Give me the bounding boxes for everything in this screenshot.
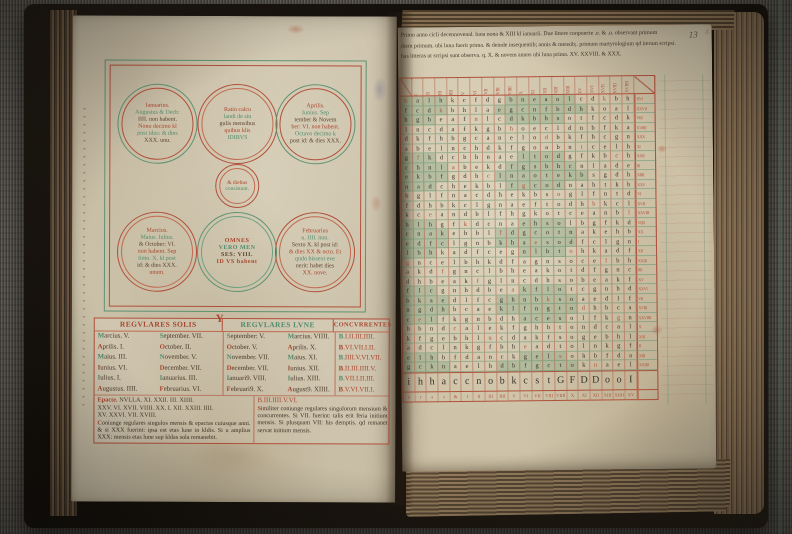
grid-letter-cell: e [623, 161, 635, 171]
rotated-numeral: III [435, 91, 446, 95]
grid-letter-cell: a [601, 275, 613, 285]
grid-letter-cell: d [462, 352, 474, 362]
foot-label [637, 370, 658, 388]
grid-letter-cell: d [623, 189, 635, 199]
grid-letter-cell: g [613, 313, 625, 323]
grid-letter-cell: d [565, 199, 577, 209]
cell-text: .VI.VII.I.II. [343, 344, 375, 351]
year-col-header: XVIII [611, 76, 623, 93]
corner-cell [400, 79, 412, 96]
grid-letter-cell: l [473, 333, 485, 343]
grid-letter-cell: k [517, 114, 529, 124]
table-cell: Maius. XI. [285, 353, 335, 364]
section-mark: Y [216, 313, 224, 325]
grid-letter-cell: d [541, 133, 553, 143]
grid-letter-cell: k [564, 133, 576, 143]
grid-letter-cell: a [483, 134, 495, 144]
grid-letter-cell: g [589, 218, 601, 228]
grid-letter-cell: b [485, 314, 497, 324]
grid-letter-cell: b [460, 162, 472, 172]
grid-letter-cell: b [496, 343, 508, 353]
row-label: XVIIII [634, 122, 655, 132]
rotated-numeral: IIII [447, 90, 458, 95]
row-label: XVII [635, 198, 656, 208]
ink-stain [373, 76, 387, 102]
grid-letter-cell: n [600, 189, 612, 199]
grid-letter-cell: e [519, 266, 531, 276]
grid-letter-cell: e [529, 95, 541, 105]
grid-letter-cell: k [483, 162, 495, 172]
table-cell: Iulius. XIII. [285, 374, 335, 385]
grid-letter-cell: f [425, 239, 437, 249]
grid-letter-cell: f [531, 285, 543, 295]
grid-letter-cell: b [449, 305, 461, 315]
cell-text: ovember. VII. [232, 354, 270, 361]
grid-letter-cell: s [588, 171, 600, 181]
grid-letter-cell: d [473, 286, 485, 296]
grid-letter-cell: o [554, 285, 566, 295]
grid-letter-cell: g [449, 267, 461, 277]
grid-letter-cell: n [590, 361, 602, 371]
grid-letter-cell: d [415, 343, 427, 353]
grid-letter-cell: g [460, 238, 472, 248]
grid-letter-cell: o [541, 152, 553, 162]
year-col-header: XVI [587, 77, 599, 94]
margin-rule-line [664, 75, 668, 405]
grid-letter-cell: f [459, 124, 471, 134]
rubric-line: has litteras ut scripsi sunt observa. q.… [401, 48, 701, 62]
grid-letter-cell: l [449, 258, 461, 268]
table-cell: B.I.II.III.IIII. [335, 332, 389, 343]
grid-letter-cell: h [530, 219, 542, 229]
grid-letter-cell: g [402, 258, 414, 268]
foot-red-cell: t [415, 392, 427, 401]
grid-letter-cell: t [530, 152, 542, 162]
grid-letter-cell: k [587, 104, 599, 114]
grid-letter-cell: k [543, 295, 555, 305]
cell-text: arcius. V. [104, 333, 129, 340]
grid-letter-cell: h [461, 333, 473, 343]
grid-letter-cell: k [484, 257, 496, 267]
grid-letter-cell: o [566, 275, 578, 285]
corner-cell [634, 76, 655, 93]
grid-letter-cell: g [461, 314, 473, 324]
cell-text: anuarius. III. [162, 375, 197, 382]
table-cell: Iunius. XII. [285, 364, 335, 375]
rotated-numeral: XIII [552, 87, 563, 94]
grid-letter-cell: g [518, 143, 530, 153]
foot-letter: D [579, 371, 591, 389]
grid-letter-cell: e [590, 332, 602, 342]
grid-letter-cell: a [413, 182, 425, 192]
grid-letter-cell: b [459, 153, 471, 163]
grid-letter-cell: n [495, 219, 507, 229]
grid-letter-cell: a [402, 267, 414, 277]
foot-letter: o [614, 371, 626, 389]
grid-letter-cell: c [484, 295, 496, 305]
grid-letter-cell: a [518, 171, 530, 181]
grid-letter-cell: h [612, 227, 624, 237]
grid-letter-cell: b [552, 104, 564, 114]
grid-letter-cell: d [601, 294, 613, 304]
table-cell: November. V. [157, 353, 223, 364]
grid-letter-cell: k [424, 153, 436, 163]
grid-letter-cell: g [519, 228, 531, 238]
grid-letter-cell: k [589, 228, 601, 238]
grid-letter-cell: g [565, 152, 577, 162]
grid-letter-cell: l [461, 295, 473, 305]
grid-letter-cell: t [566, 266, 578, 276]
year-col-header: VII [482, 78, 494, 95]
grid-letter-cell: a [494, 153, 506, 163]
year-col-header: XVII [599, 76, 611, 93]
foot-red-cell: XV [626, 390, 638, 399]
grid-letter-cell: n [426, 324, 438, 334]
grid-letter-cell: b [530, 190, 542, 200]
grid-letter-cell: e [518, 200, 530, 210]
grid-letter-cell: l [578, 313, 590, 323]
row-label: VI [635, 189, 656, 199]
grid-letter-cell: c [576, 95, 588, 105]
grid-letter-cell: d [612, 170, 624, 180]
grid-letter-cell: a [403, 343, 415, 353]
grid-letter-cell: k [530, 209, 542, 219]
grid-letter-cell: e [600, 142, 612, 152]
table-cell: October. II. [157, 342, 223, 353]
grid-letter-cell: l [564, 95, 576, 105]
roundel-line: Sexto X. kl post id: [289, 242, 341, 249]
grid-letter-cell: a [625, 351, 637, 361]
grid-letter-cell: l [496, 276, 508, 286]
grid-letter-cell: a [426, 296, 438, 306]
grid-letter-cell: g [532, 361, 544, 371]
grid-letter-cell: k [519, 285, 531, 295]
grid-letter-cell: l [401, 125, 413, 135]
grid-letter-cell: h [613, 284, 625, 294]
grid-letter-cell: h [448, 182, 460, 192]
grid-letter-cell: o [552, 95, 564, 105]
year-col-header: XI [529, 77, 541, 94]
grid-letter-cell: a [519, 257, 531, 267]
grid-letter-cell: b [494, 124, 506, 134]
grid-letter-cell: l [495, 172, 507, 182]
grid-letter-cell: k [414, 267, 426, 277]
grid-letter-cell: d [611, 161, 623, 171]
grid-letter-cell: o [530, 171, 542, 181]
row-label: XXVIII [635, 208, 656, 218]
table-cell: October. V. [223, 342, 285, 353]
margin-rule-line [702, 74, 706, 404]
grid-letter-cell: h [459, 105, 471, 115]
grid-letter-cell: k [412, 134, 424, 144]
grid-letter-cell: d [624, 284, 636, 294]
grid-letter-cell: h [553, 161, 565, 171]
grid-letter-cell: f [589, 266, 601, 276]
grid-letter-cell: c [611, 151, 623, 161]
roundel-line: Iunius. Sep [290, 110, 341, 117]
header-regulares-solis: REGVLARES SOLIS [95, 319, 222, 331]
year-col-header: XIII [552, 77, 564, 94]
grid-letter-cell: n [565, 228, 577, 238]
grid-letter-cell: a [519, 238, 531, 248]
grid-letter-cell: e [532, 352, 544, 362]
grid-letter-cell: t [554, 209, 566, 219]
grid-letter-cell: n [471, 115, 483, 125]
grid-letter-cell: h [623, 170, 635, 180]
regulares-table: REGVLARES SOLIS Y REGVLARES LVNE CONCVRR… [93, 318, 389, 445]
cell-text: .II.III.IIII.V. [343, 365, 376, 372]
grid-letter-cell: e [485, 324, 497, 334]
grid-letter-cell: c [601, 322, 613, 332]
foot-letter: k [508, 372, 520, 390]
grid-letter-cell: g [412, 115, 424, 125]
grid-letter-cell: e [506, 133, 518, 143]
grid-letter-cell: k [612, 180, 624, 190]
grid-letter-cell: o [566, 294, 578, 304]
grid-letter-cell: f [472, 248, 484, 258]
grid-letter-cell: l [484, 267, 496, 277]
grid-letter-cell: f [576, 133, 588, 143]
rotated-numeral: VIIII [505, 86, 516, 94]
grid-letter-cell: f [590, 313, 602, 323]
grid-letter-cell: n [623, 132, 635, 142]
grid-letter-cell: e [553, 171, 565, 181]
year-col-header: IIII [447, 78, 459, 95]
grid-letter-cell: c [541, 124, 553, 134]
row-label: II [637, 341, 658, 351]
table-cell: B.II.III.IIII.V. [335, 364, 389, 375]
grid-letter-cell: h [438, 305, 450, 315]
table-cell: Iulius. I. [95, 374, 157, 385]
computus-foot-letters: ihhaccnobkcstGFDDooI [403, 369, 657, 391]
grid-letter-cell: e [460, 181, 472, 191]
roundel-line: XX. nove. [289, 270, 341, 277]
grid-letter-cell: e [438, 296, 450, 306]
grid-letter-cell: d [413, 201, 425, 211]
grid-letter-cell: l [473, 324, 485, 334]
grid-letter-cell: k [414, 296, 426, 306]
cell-text: arcius. VIIII. [294, 333, 329, 340]
grid-letter-cell: o [566, 247, 578, 257]
rotated-numeral: XVI [587, 86, 598, 94]
grid-letter-cell: t [541, 171, 553, 181]
computus-table: IIIIIIIIIIVVIVIIVIIIVIIIIXXIXIIXIIIXIIII… [399, 75, 658, 402]
row-label: XXVI [636, 284, 657, 294]
grid-letter-cell: b [612, 256, 624, 266]
roundel-ratio: Ratio calculandi de singulis mensibusqui… [197, 84, 277, 164]
foot-letter: I [625, 371, 637, 389]
grid-letter-cell: k [437, 229, 449, 239]
grid-letter-cell: n [624, 237, 636, 247]
grid-letter-cell: b [602, 332, 614, 342]
grid-letter-cell: f [495, 210, 507, 220]
grid-letter-cell: h [543, 276, 555, 286]
grid-letter-cell: a [447, 125, 459, 135]
roundel-line: post id: & dies XXX. [290, 138, 341, 145]
rotated-numeral: XI [529, 90, 540, 95]
grid-letter-cell: d [531, 276, 543, 286]
grid-letter-cell: h [507, 266, 519, 276]
grid-letter-cell: t [576, 142, 588, 152]
foot-red-cell: VIIII [555, 390, 567, 399]
year-col-header: VI [470, 78, 482, 95]
header-regulares-lune: REGVLARES LVNE [222, 319, 333, 331]
pricking-holes [82, 105, 85, 405]
grid-letter-cell: g [520, 323, 532, 333]
note-similiter: Similiter coniunge regulares singulorum … [257, 406, 387, 435]
cell-text: prilis. X. [293, 344, 317, 351]
year-col-header: XVIIII [622, 76, 634, 93]
grid-letter-cell: d [425, 182, 437, 192]
grid-letter-cell: g [401, 154, 413, 164]
grid-letter-cell: a [601, 246, 613, 256]
grid-letter-cell: s [554, 256, 566, 266]
grid-letter-cell: c [450, 324, 462, 334]
grid-letter-cell: b [600, 151, 612, 161]
grid-letter-cell: h [471, 143, 483, 153]
grid-letter-cell: l [553, 123, 565, 133]
grid-letter-cell: o [566, 313, 578, 323]
grid-letter-cell: l [472, 200, 484, 210]
grid-letter-cell: a [532, 342, 544, 352]
grid-letter-cell: k [471, 124, 483, 134]
grid-letter-cell: h [541, 114, 553, 124]
grid-letter-cell: e [436, 115, 448, 125]
roundel-line: consistunt. [225, 186, 249, 193]
grid-letter-cell: o [554, 266, 566, 276]
rotated-numeral: XVII [599, 84, 610, 93]
foot-red-cell: IIII [497, 391, 509, 400]
grid-letter-cell: g [413, 191, 425, 201]
grid-letter-cell: f [401, 106, 413, 116]
grid-letter-cell: h [507, 209, 519, 219]
foot-red-cell: XI [579, 390, 591, 399]
grid-letter-cell: c [412, 106, 424, 116]
left-page: Ianuarius.Augustus & Decb:IIII. non habe… [71, 15, 397, 502]
grid-letter-cell: o [566, 304, 578, 314]
grid-letter-cell: g [507, 247, 519, 257]
roundel-ianuarius: Ianuarius.Augustus & Decb:IIII. non habe… [117, 84, 197, 164]
grid-letter-cell: d [553, 152, 565, 162]
grid-letter-cell: e [543, 314, 555, 324]
foot-letter: b [497, 372, 509, 390]
grid-letter-cell: c [577, 256, 589, 266]
grid-letter-cell: f [624, 275, 636, 285]
grid-letter-cell: h [402, 220, 414, 230]
grid-letter-cell: k [448, 201, 460, 211]
row-label: III [635, 160, 656, 170]
grid-letter-cell: n [576, 123, 588, 133]
year-col-header: I [412, 78, 424, 95]
foot-red-cell: s [439, 392, 451, 401]
grid-letter-cell: l [531, 247, 543, 257]
grid-letter-cell: a [473, 352, 485, 362]
grid-letter-cell: b [424, 115, 436, 125]
roundel-line: & diebus [225, 179, 249, 186]
grid-letter-cell: c [494, 115, 506, 125]
roundel-line: nerit: habet dies [289, 263, 341, 270]
grid-letter-cell: c [448, 153, 460, 163]
grid-letter-cell: k [589, 247, 601, 257]
grid-letter-cell: g [403, 362, 415, 372]
grid-letter-cell: g [600, 170, 612, 180]
grid-letter-cell: d [507, 228, 519, 238]
cell-text: ecember. VII. [232, 364, 269, 371]
grid-letter-cell: o [567, 351, 579, 361]
grid-letter-cell: c [425, 258, 437, 268]
grid-letter-cell: k [461, 343, 473, 353]
grid-letter-cell: s [542, 219, 554, 229]
cell-text: .V.VI.VII.I. [343, 386, 374, 393]
grid-letter-cell: g [506, 105, 518, 115]
grid-letter-cell: l [601, 237, 613, 247]
grid-letter-cell: e [589, 275, 601, 285]
grid-letter-cell: l [611, 142, 623, 152]
fore-edge-stack [714, 12, 764, 514]
grid-letter-cell: f [506, 162, 518, 172]
grid-letter-cell: k [599, 94, 611, 104]
grid-letter-cell: b [506, 95, 518, 105]
grid-letter-cell: o [542, 181, 554, 191]
roundel-line: timo. X. kl post [137, 255, 177, 262]
grid-letter-cell: t [555, 304, 567, 314]
grid-letter-cell: e [401, 173, 413, 183]
grid-letter-cell: g [518, 162, 530, 172]
cell-text: ctober. V. [232, 343, 258, 350]
table-cell: Marcius. VIIII. [285, 332, 335, 343]
grid-letter-cell: l [449, 239, 461, 249]
grid-letter-cell: a [412, 96, 424, 106]
ink-stain [287, 24, 305, 34]
grid-letter-cell: b [450, 334, 462, 344]
grid-letter-cell: k [436, 106, 448, 116]
row-label: X [637, 322, 658, 332]
foot-letter: c [462, 372, 474, 390]
grid-letter-cell: e [471, 162, 483, 172]
cell-text: .VII.I.II.III. [343, 375, 375, 382]
roundel-line: Marcius. [137, 227, 177, 234]
row-label: XII [636, 246, 657, 256]
grid-letter-cell: t [600, 180, 612, 190]
grid-letter-cell: k [601, 313, 613, 323]
rotated-numeral: VIII [494, 87, 505, 94]
grid-letter-cell: h [403, 324, 415, 334]
grid-letter-cell: o [553, 199, 565, 209]
grid-letter-cell: e [424, 144, 436, 154]
grid-letter-cell: l [483, 210, 495, 220]
grid-letter-cell: s [555, 351, 567, 361]
grid-letter-cell: a [448, 163, 460, 173]
grid-letter-cell: l [518, 133, 530, 143]
grid-letter-cell: o [599, 104, 611, 114]
grid-letter-cell: h [508, 295, 520, 305]
grid-letter-cell: d [590, 323, 602, 333]
grid-letter-cell: n [449, 286, 461, 296]
grid-letter-cell: l [565, 218, 577, 228]
row-label: XXX [635, 132, 656, 142]
grid-letter-cell: c [471, 134, 483, 144]
grid-letter-cell: e [507, 190, 519, 200]
grid-letter-cell: k [588, 152, 600, 162]
grid-letter-cell: d [564, 104, 576, 114]
grid-letter-cell: b [542, 247, 554, 257]
cell-text: ebruarius. VI. [164, 385, 201, 392]
grid-letter-cell: b [588, 123, 600, 133]
grid-letter-cell: b [588, 199, 600, 209]
grid-letter-cell: k [494, 143, 506, 153]
foot-red-cell: XIII [602, 390, 614, 399]
grid-letter-cell: b [413, 144, 425, 154]
